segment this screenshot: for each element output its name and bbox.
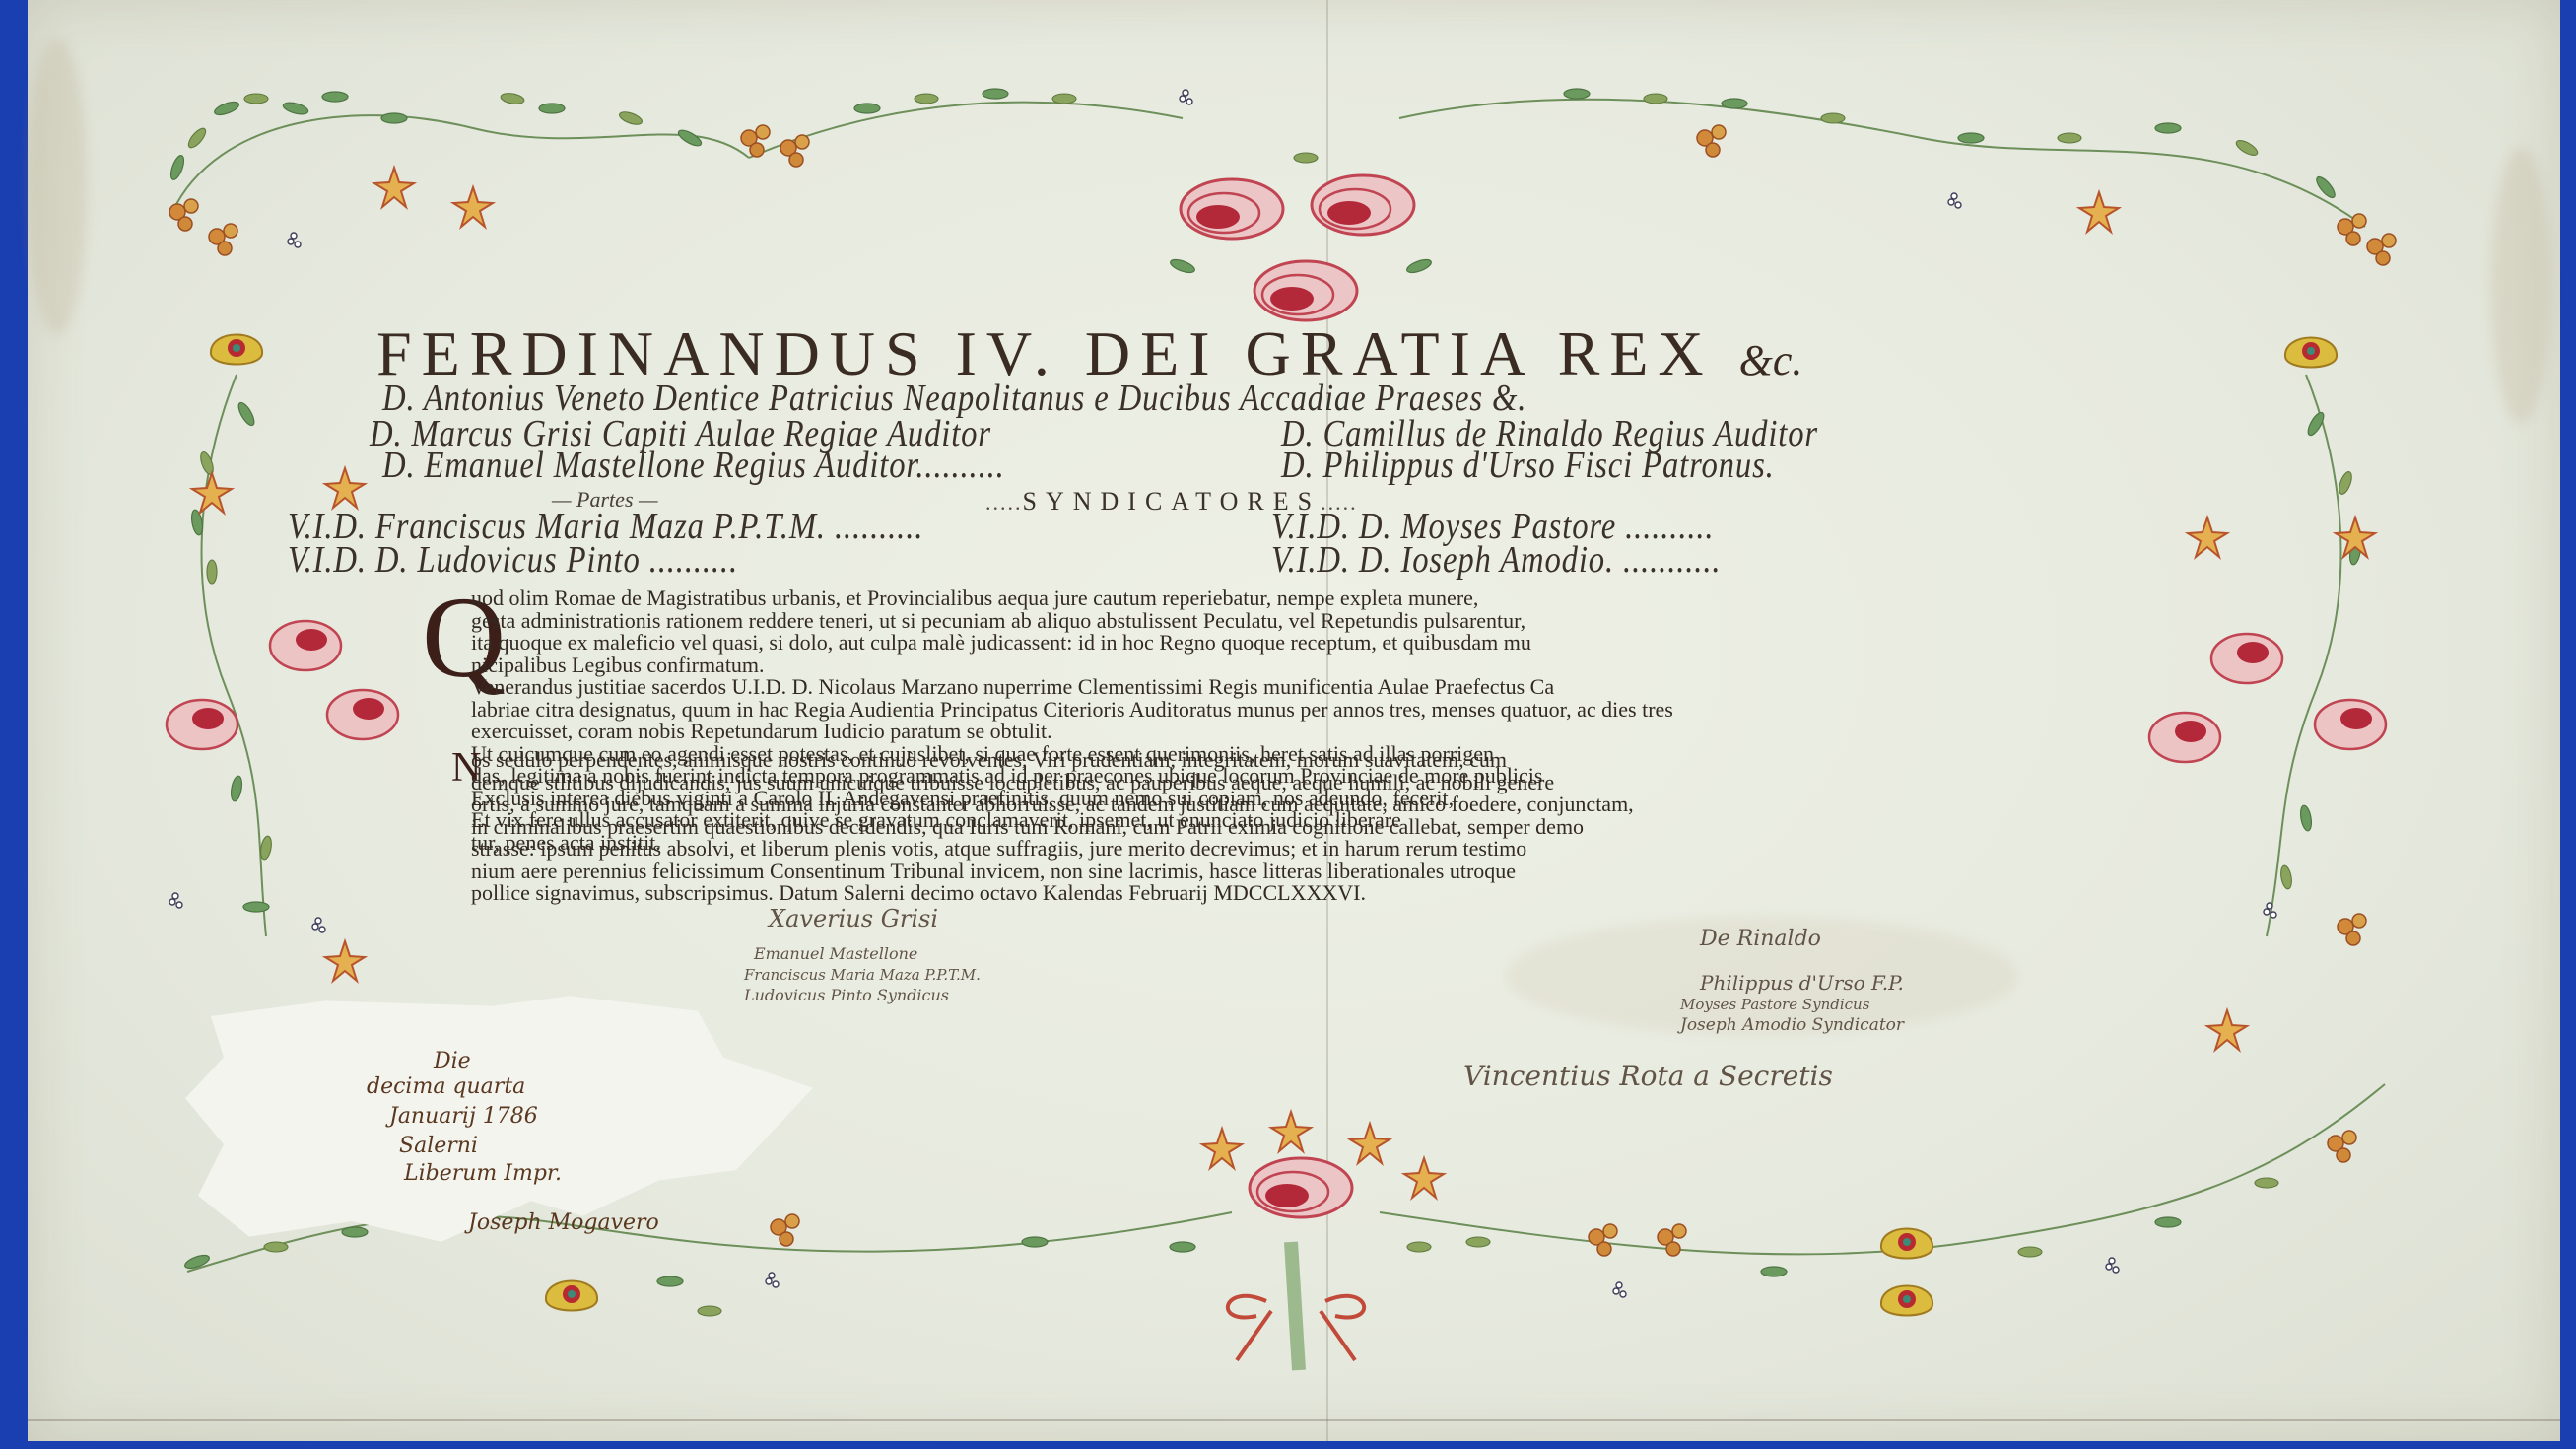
- signature-left-2: Emanuel Mastellone: [754, 944, 917, 963]
- stain: [28, 39, 87, 335]
- note-line-4: Salerni: [399, 1134, 478, 1158]
- syndicator-3: V.I.D. D. Ludovicus Pinto ..........: [288, 538, 738, 582]
- note-line-1: Die: [434, 1049, 471, 1073]
- note-line-2: decima quarta: [367, 1074, 525, 1099]
- syndicator-4: V.I.D. D. Ioseph Amodio. ...........: [1271, 538, 1721, 582]
- title-suffix: &c.: [1739, 336, 1803, 384]
- signature-left-4: Ludovicus Pinto Syndicus: [744, 986, 949, 1004]
- officer-line-4: D. Emanuel Mastellone Regius Auditor....…: [382, 444, 1005, 487]
- horizontal-fold-line: [28, 1419, 2560, 1421]
- officer-line-5: D. Philippus d'Urso Fisci Patronus.: [1281, 444, 1775, 487]
- note-line-3: Januarij 1786: [389, 1104, 538, 1129]
- note-line-6: Joseph Mogavero: [468, 1210, 659, 1235]
- signature-right-4: Joseph Amodio Syndicator: [1680, 1015, 1904, 1035]
- signature-left-3: Franciscus Maria Maza P.P.T.M.: [744, 966, 981, 984]
- signature-right-1: De Rinaldo: [1700, 927, 1821, 951]
- signature-right-5: Vincentius Rota a Secretis: [1463, 1060, 1833, 1092]
- stain: [2491, 148, 2550, 424]
- signature-left-1: Xaverius Grisi: [769, 905, 938, 932]
- signature-right-2: Philippus d'Urso F.P.: [1700, 971, 1904, 995]
- paragraph-2: os sedulo perpendentes, animisque nostri…: [471, 749, 1634, 905]
- note-line-5: Liberum Impr.: [404, 1161, 562, 1186]
- signature-right-3: Moyses Pastore Syndicus: [1680, 996, 1869, 1013]
